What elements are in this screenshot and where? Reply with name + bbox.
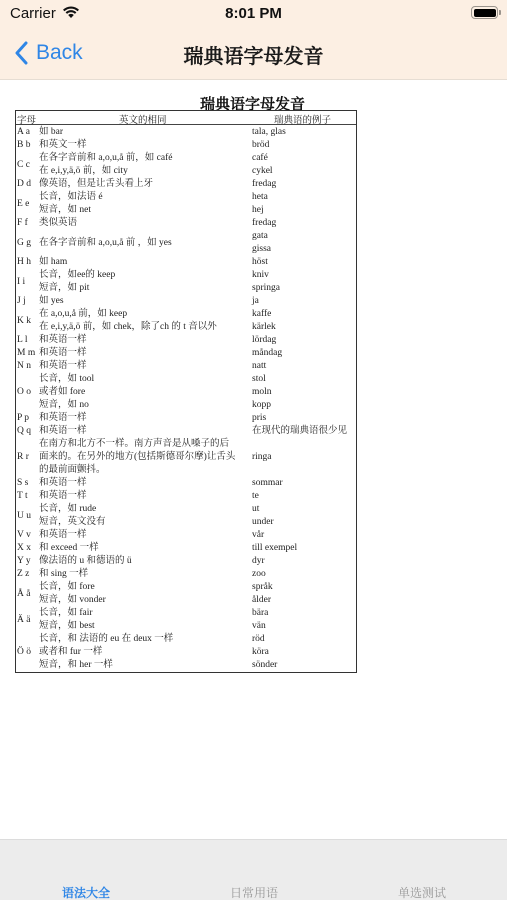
description-line: 和英语一样 xyxy=(39,412,87,425)
row-description: 像法语的 u 和德语的 ü xyxy=(39,555,132,568)
example-line: sommar xyxy=(252,477,283,490)
table-row: Z z和 sing 一样zoo xyxy=(16,568,356,581)
row-description: 和 exceed 一样 xyxy=(39,542,99,555)
table-row: Q q和英语一样在现代的瑞典语很少见 xyxy=(16,425,356,438)
table-row: A a如 bartala, glas xyxy=(16,126,356,139)
description-line: 短音，如 best xyxy=(39,620,95,633)
example-line: te xyxy=(252,490,259,503)
example-line: gata xyxy=(252,230,271,243)
row-description: 和英语一样 xyxy=(39,425,87,438)
header-swedish-example: 瑞典语的例子 xyxy=(274,112,331,126)
row-letter: U u xyxy=(17,510,31,523)
example-line: hej xyxy=(252,204,268,217)
row-description: 长音，如 tool或者如 fore短音，如 no xyxy=(39,373,94,412)
description-line: 的最前面颤抖。 xyxy=(39,464,235,477)
row-example: höst xyxy=(252,256,268,269)
row-example: ja xyxy=(252,295,259,308)
row-letter: B b xyxy=(17,139,30,152)
row-description: 在各字音前和 a,o,u,å 前 ，如 yes xyxy=(39,237,172,250)
example-line: lördag xyxy=(252,334,276,347)
row-example: sommar xyxy=(252,477,283,490)
row-example: tala, glas xyxy=(252,126,286,139)
row-description: 和英语一样 xyxy=(39,412,87,425)
row-letter: K k xyxy=(17,315,31,328)
row-letter: Å å xyxy=(17,588,30,601)
row-letter: S s xyxy=(17,477,28,490)
table-row: F f类似英语fredag xyxy=(16,217,356,230)
example-line: under xyxy=(252,516,274,529)
navigation-bar: Back 瑞典语字母发音 xyxy=(0,30,507,76)
row-example: fredag xyxy=(252,178,276,191)
description-line: 像英语，但是让舌头看上牙 xyxy=(39,178,153,191)
row-example: bäravän xyxy=(252,607,268,633)
table-row: Ä ä长音，如 fair短音，如 bestbäravän xyxy=(16,607,356,633)
description-line: 长音，如法语 é xyxy=(39,191,103,204)
description-line: 在 a,o,u,å 前，如 keep xyxy=(39,308,217,321)
table-row: Y y像法语的 u 和德语的 üdyr xyxy=(16,555,356,568)
table-row: P p和英语一样pris xyxy=(16,412,356,425)
row-description: 和英语一样 xyxy=(39,529,87,542)
row-letter: D d xyxy=(17,178,31,191)
description-line: 在 e,i,y,ä,ö 前，如 city xyxy=(39,165,173,178)
row-example: gatagissa xyxy=(252,230,271,256)
table-row: N n和英语一样natt xyxy=(16,360,356,373)
table-row: C c在各字音前和 a,o,u,å 前，如 café在 e,i,y,ä,ö 前，… xyxy=(16,152,356,178)
header-letter: 字母 xyxy=(17,112,36,126)
row-letter: N n xyxy=(17,360,31,373)
row-description: 和英语一样 xyxy=(39,477,87,490)
example-line: ja xyxy=(252,295,259,308)
row-description: 类似英语 xyxy=(39,217,77,230)
row-example: dyr xyxy=(252,555,265,568)
row-example: natt xyxy=(252,360,266,373)
row-description: 和英文一样 xyxy=(39,139,87,152)
table-row: G g在各字音前和 a,o,u,å 前 ，如 yesgatagissa xyxy=(16,230,356,256)
description-line: 在南方和北方不一样。南方声音是从嗓子的后 xyxy=(39,438,235,451)
description-line: 长音，如 fore xyxy=(39,581,106,594)
row-letter: C c xyxy=(17,159,30,172)
row-example: zoo xyxy=(252,568,266,581)
row-example: till exempel xyxy=(252,542,297,555)
description-line: 和 sing 一样 xyxy=(39,568,88,581)
tab-daily-phrases[interactable]: 日常用语 xyxy=(194,884,314,900)
example-line xyxy=(252,464,272,477)
example-line: köra xyxy=(252,646,277,659)
example-line: gissa xyxy=(252,243,271,256)
status-bar: Carrier 8:01 PM xyxy=(0,0,507,28)
row-letter: Ä ä xyxy=(17,614,30,627)
example-line: kaffe xyxy=(252,308,276,321)
row-letter: X x xyxy=(17,542,31,555)
tab-bar: 语法大全 日常用语 单选测试 xyxy=(0,839,507,900)
row-example: stolmolnkopp xyxy=(252,373,272,412)
status-time: 8:01 PM xyxy=(0,5,507,22)
table-row: B b和英文一样bröd xyxy=(16,139,356,152)
description-line: 类似英语 xyxy=(39,217,77,230)
row-letter: M m xyxy=(17,347,35,360)
row-letter: A a xyxy=(17,126,30,139)
row-example: hetahej xyxy=(252,191,268,217)
table-row: I i长音，如ee的 keep短音，如 pitknivspringa xyxy=(16,269,356,295)
example-line: natt xyxy=(252,360,266,373)
row-description: 和英语一样 xyxy=(39,360,87,373)
row-letter: O o xyxy=(17,386,31,399)
row-description: 如 ham xyxy=(39,256,67,269)
table-row: O o长音，如 tool或者如 fore短音，如 nostolmolnkopp xyxy=(16,373,356,412)
description-line: 短音，和 her 一样 xyxy=(39,659,173,672)
row-example: bröd xyxy=(252,139,269,152)
table-row: X x和 exceed 一样till exempel xyxy=(16,542,356,555)
example-line: pris xyxy=(252,412,266,425)
description-line: 长音，如ee的 keep xyxy=(39,269,115,282)
row-letter: Q q xyxy=(17,425,31,438)
description-line: 长音，和 法语的 eu 在 deux 一样 xyxy=(39,633,173,646)
table-row: S s和英语一样sommar xyxy=(16,477,356,490)
row-example: kaffekärlek xyxy=(252,308,276,334)
description-line: 和英语一样 xyxy=(39,490,87,503)
example-line: cykel xyxy=(252,165,273,178)
example-line: sönder xyxy=(252,659,277,672)
example-line: kniv xyxy=(252,269,280,282)
row-example: utunder xyxy=(252,503,274,529)
example-line: bära xyxy=(252,607,268,620)
row-description: 长音，如ee的 keep短音，如 pit xyxy=(39,269,115,295)
row-description: 长音，如 fore短音，如 vonder xyxy=(39,581,106,607)
example-line: kopp xyxy=(252,399,272,412)
row-letter: T t xyxy=(17,490,28,503)
battery-tip xyxy=(499,10,501,15)
top-bar: Carrier 8:01 PM Back 瑞典语字母发音 xyxy=(0,0,507,80)
description-line: 或者和 fur 一样 xyxy=(39,646,173,659)
description-line: 在各字音前和 a,o,u,å 前 ，如 yes xyxy=(39,237,172,250)
description-line: 长音，如 rude xyxy=(39,503,106,516)
example-line: heta xyxy=(252,191,268,204)
description-line: 如 yes xyxy=(39,295,64,308)
row-description: 如 bar xyxy=(39,126,63,139)
example-line: ut xyxy=(252,503,274,516)
description-line: 和英语一样 xyxy=(39,529,87,542)
table-header: 字母 英文的相同 瑞典语的例子 xyxy=(16,111,356,125)
tab-grammar[interactable]: 语法大全 xyxy=(26,884,146,900)
row-letter: E e xyxy=(17,198,29,211)
table-row: R r在南方和北方不一样。南方声音是从嗓子的后面来的。在另外的地方(包括斯德哥尔… xyxy=(16,438,356,477)
row-example: rödkörasönder xyxy=(252,633,277,672)
row-example: ringa xyxy=(252,438,272,477)
table-row: J j如 yesja xyxy=(16,295,356,308)
pronunciation-table: 字母 英文的相同 瑞典语的例子 A a如 bartala, glasB b和英文… xyxy=(15,110,357,673)
example-line: vår xyxy=(252,529,264,542)
example-line: stol xyxy=(252,373,272,386)
description-line: 和英文一样 xyxy=(39,139,87,152)
example-line: fredag xyxy=(252,178,276,191)
row-letter: H h xyxy=(17,256,31,269)
example-line: zoo xyxy=(252,568,266,581)
row-description: 如 yes xyxy=(39,295,64,308)
row-description: 和英语一样 xyxy=(39,347,87,360)
example-line: bröd xyxy=(252,139,269,152)
page-title: 瑞典语字母发音 xyxy=(0,40,507,69)
document-view[interactable]: 瑞典语字母发音 字母 英文的相同 瑞典语的例子 A a如 bartala, gl… xyxy=(0,81,507,839)
example-line: café xyxy=(252,152,273,165)
row-description: 长音，如 fair短音，如 best xyxy=(39,607,95,633)
row-description: 长音，和 法语的 eu 在 deux 一样或者和 fur 一样短音，和 her … xyxy=(39,633,173,672)
description-line: 在各字音前和 a,o,u,å 前，如 café xyxy=(39,152,173,165)
row-letter: Y y xyxy=(17,555,31,568)
description-line: 和英语一样 xyxy=(39,360,87,373)
row-example: pris xyxy=(252,412,266,425)
example-line: kärlek xyxy=(252,321,276,334)
example-line: moln xyxy=(252,386,272,399)
example-line: ålder xyxy=(252,594,273,607)
example-line: fredag xyxy=(252,217,276,230)
table-row: V v和英语一样vår xyxy=(16,529,356,542)
description-line: 短音，英文没有 xyxy=(39,516,106,529)
row-example: cafécykel xyxy=(252,152,273,178)
example-line: dyr xyxy=(252,555,265,568)
example-line: springa xyxy=(252,282,280,295)
row-description: 在南方和北方不一样。南方声音是从嗓子的后面来的。在另外的地方(包括斯德哥尔摩)让… xyxy=(39,438,235,477)
row-example: måndag xyxy=(252,347,282,360)
example-line: språk xyxy=(252,581,273,594)
row-example: språkålder xyxy=(252,581,273,607)
description-line: 和 exceed 一样 xyxy=(39,542,99,555)
row-letter: G g xyxy=(17,237,31,250)
row-letter: I i xyxy=(17,276,25,289)
description-line: 和英语一样 xyxy=(39,334,87,347)
example-line xyxy=(252,438,272,451)
header-english: 英文的相同 xyxy=(119,112,167,126)
row-description: 在 a,o,u,å 前，如 keep在 e,i,y,ä,ö 前，如 chek，除… xyxy=(39,308,217,334)
row-description: 和 sing 一样 xyxy=(39,568,88,581)
example-line: höst xyxy=(252,256,268,269)
row-description: 长音，如法语 é短音，如 net xyxy=(39,191,103,217)
description-line: 短音，如 vonder xyxy=(39,594,106,607)
description-line: 长音，如 tool xyxy=(39,373,94,386)
description-line: 短音，如 no xyxy=(39,399,94,412)
row-letter: Z z xyxy=(17,568,29,581)
table-row: K k在 a,o,u,å 前，如 keep在 e,i,y,ä,ö 前，如 che… xyxy=(16,308,356,334)
description-line: 或者如 fore xyxy=(39,386,94,399)
table-row: T t和英语一样te xyxy=(16,490,356,503)
row-example: fredag xyxy=(252,217,276,230)
row-example: 在现代的瑞典语很少见 xyxy=(252,425,347,438)
description-line: 和英语一样 xyxy=(39,477,87,490)
row-description: 和英语一样 xyxy=(39,490,87,503)
row-example: lördag xyxy=(252,334,276,347)
row-letter: P p xyxy=(17,412,29,425)
example-line: vän xyxy=(252,620,268,633)
table-row: E e长音，如法语 é短音，如 nethetahej xyxy=(16,191,356,217)
example-line: ringa xyxy=(252,451,272,464)
example-line: röd xyxy=(252,633,277,646)
row-description: 和英语一样 xyxy=(39,334,87,347)
row-example: vår xyxy=(252,529,264,542)
row-letter: F f xyxy=(17,217,28,230)
description-line: 面来的。在另外的地方(包括斯德哥尔摩)让舌头 xyxy=(39,451,235,464)
table-row: H h如 hamhöst xyxy=(16,256,356,269)
description-line: 短音，如 net xyxy=(39,204,103,217)
table-row: M m和英语一样måndag xyxy=(16,347,356,360)
row-example: te xyxy=(252,490,259,503)
example-line: till exempel xyxy=(252,542,297,555)
description-line: 短音，如 pit xyxy=(39,282,115,295)
row-description: 在各字音前和 a,o,u,å 前，如 café在 e,i,y,ä,ö 前，如 c… xyxy=(39,152,173,178)
battery-icon xyxy=(471,6,498,19)
row-example: knivspringa xyxy=(252,269,280,295)
row-letter: V v xyxy=(17,529,31,542)
description-line: 长音，如 fair xyxy=(39,607,95,620)
example-line: 在现代的瑞典语很少见 xyxy=(252,425,347,438)
description-line: 和英语一样 xyxy=(39,347,87,360)
tab-quiz[interactable]: 单选测试 xyxy=(362,884,482,900)
description-line: 如 ham xyxy=(39,256,67,269)
table-row: Ö ö长音，和 法语的 eu 在 deux 一样或者和 fur 一样短音，和 h… xyxy=(16,633,356,672)
row-letter: L l xyxy=(17,334,27,347)
table-row: D d像英语，但是让舌头看上牙fredag xyxy=(16,178,356,191)
example-line: måndag xyxy=(252,347,282,360)
table-row: L l和英语一样lördag xyxy=(16,334,356,347)
example-line: tala, glas xyxy=(252,126,286,139)
description-line: 如 bar xyxy=(39,126,63,139)
description-line: 和英语一样 xyxy=(39,425,87,438)
row-letter: Ö ö xyxy=(17,646,31,659)
table-row: U u长音，如 rude短音，英文没有utunder xyxy=(16,503,356,529)
table-row: Å å长音，如 fore短音，如 vonderspråkålder xyxy=(16,581,356,607)
row-letter: R r xyxy=(17,451,29,464)
description-line: 在 e,i,y,ä,ö 前，如 chek，除了ch 的 t 音以外 xyxy=(39,321,217,334)
row-description: 长音，如 rude短音，英文没有 xyxy=(39,503,106,529)
description-line: 像法语的 u 和德语的 ü xyxy=(39,555,132,568)
row-letter: J j xyxy=(17,295,26,308)
row-description: 像英语，但是让舌头看上牙 xyxy=(39,178,153,191)
